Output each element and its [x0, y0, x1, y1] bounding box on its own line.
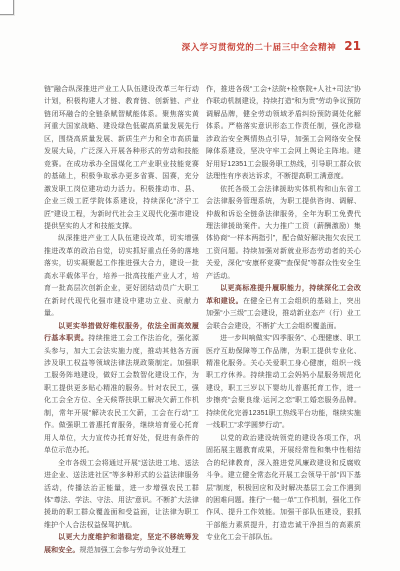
body-paragraph: 纵深推进产业工人队伍建设改革，切实增强推进改革的政治自觉，切实抓好重点任务的落地… — [44, 233, 199, 320]
article-body: 链”融合纵深推进产业工人队伍建设改革三年行动计划，积极构建人才链、教育链、创新链… — [44, 84, 361, 557]
paragraph-text: 持续推进工会工作法治化，强化源头参与，加大工会法实施力度，推动其他各方面涉及职工… — [44, 335, 199, 454]
body-paragraph: 依托各级工会法律援助实体机构和山东省工会法律服务管理系统，为职工提供咨询、调解、… — [206, 184, 361, 284]
body-paragraph: 链”融合纵深推进产业工人队伍建设改革三年行动计划，积极构建人才链、教育链、创新链… — [44, 84, 199, 233]
paragraph-text: 规范加强工会参与劳动争议处理工 — [80, 547, 187, 554]
paragraph-text: 纵深推进产业工人队伍建设改革，切实增强推进改革的政治自觉，切实抓好重点任务的落地… — [44, 235, 199, 317]
page-header: 深入学习贯彻党的二十届三中全会精神 21 — [44, 40, 361, 53]
paragraph-text: 链”融合纵深推进产业工人队伍建设改革三年行动计划，积极构建人才链、教育链、创新链… — [44, 86, 199, 230]
body-paragraph: 全市各级工会将通过开展“送法进工地、送法进企业、送法进社区”等多种形式的公益法律… — [44, 458, 199, 533]
paragraph-text: 全市各级工会将通过开展“送法进工地、送法进企业、送法进社区”等多种形式的公益法律… — [44, 460, 199, 529]
page-number: 21 — [344, 40, 361, 52]
paragraph-text: 以党的政治建设统领党的建设各项工作，巩固拓展主题教育成果，开展经常性和集中性相结… — [206, 435, 361, 542]
paragraph-text: 进一步叫响做实“四季服务”、心理健康、职工医疗互助保障等工作品牌，为职工提供专业… — [206, 335, 361, 429]
left-column: 链”融合纵深推进产业工人队伍建设改革三年行动计划，积极构建人才链、教育链、创新链… — [44, 84, 199, 557]
section-title: 深入学习贯彻党的二十届三中全会精神 — [182, 41, 337, 53]
right-column: 作，推进各级“工会+法院+检察院+人社+司法”协作联动机制建设，持续打造“和为贵… — [206, 84, 361, 557]
body-paragraph: 以党的政治建设统领党的建设各项工作，巩固拓展主题教育成果，开展经常性和集中性相结… — [206, 433, 361, 545]
body-paragraph: 以更大力度维护和谐稳定，坚定不移统筹发展和安全。规范加强工会参与劳动争议处理工 — [44, 532, 199, 557]
page-corner-frame — [0, 0, 14, 15]
body-paragraph: 以更实举措做好维权服务，依法全面高效履行基本职责。持续推进工会工作法治化，强化源… — [44, 321, 199, 458]
body-paragraph: 进一步叫响做实“四季服务”、心理健康、职工医疗互助保障等工作品牌，为职工提供专业… — [206, 333, 361, 433]
magazine-page: 深入学习贯彻党的二十届三中全会精神 21 链”融合纵深推进产业工人队伍建设改革三… — [0, 0, 400, 571]
body-paragraph: 作，推进各级“工会+法院+检察院+人社+司法”协作联动机制建设，持续打造“和为贵… — [206, 84, 361, 184]
paragraph-text: 依托各级工会法律援助实体机构和山东省工会法律服务管理系统，为职工提供咨询、调解、… — [206, 186, 361, 280]
body-paragraph: 以更高标准提升履职能力，持续深化工会改革和建设。在健全已有工会组织的基础上，突出… — [206, 283, 361, 333]
paragraph-text: 作，推进各级“工会+法院+检察院+人社+司法”协作联动机制建设，持续打造“和为贵… — [206, 86, 361, 180]
